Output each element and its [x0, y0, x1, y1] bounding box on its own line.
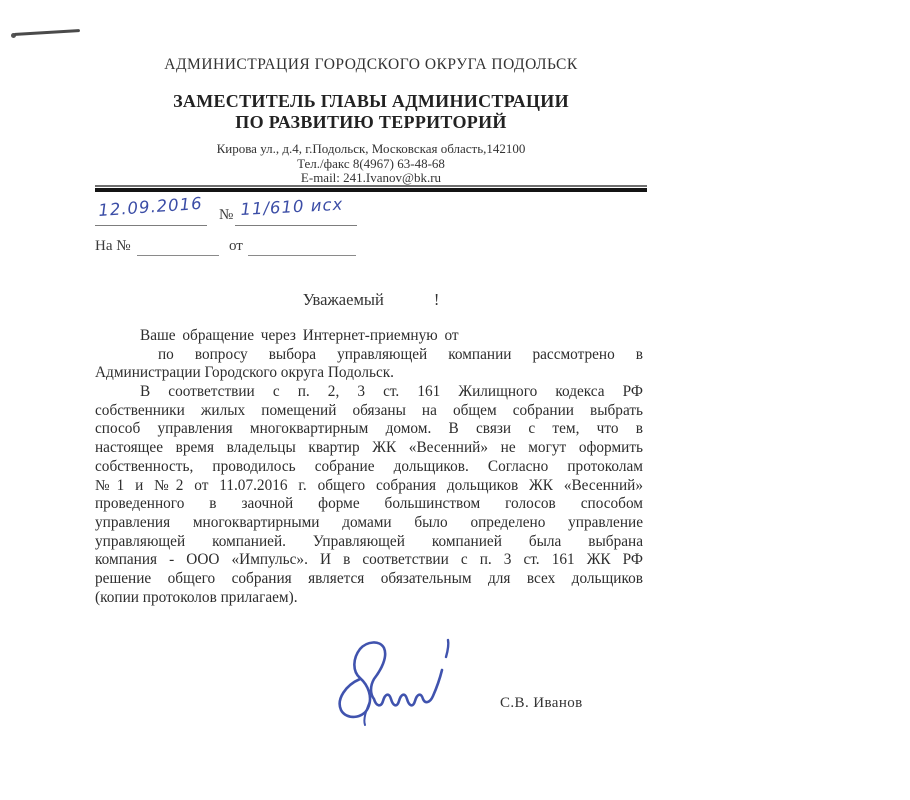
incoming-number-underline — [137, 255, 219, 256]
incoming-number-label: На № — [95, 238, 131, 255]
body-line: В соответствии с п. 2, 3 ст. 161 Жилищно… — [95, 383, 643, 402]
signatory-name: С.В. Иванов — [500, 695, 583, 712]
body-line: компания - ООО «Импульс». И в соответств… — [95, 551, 643, 570]
body-line: проведенного в заочной форме большинство… — [95, 495, 643, 514]
handwritten-number: 11/610 исх — [240, 195, 344, 219]
from-date-underline — [248, 255, 356, 256]
divider-thick-line — [95, 188, 647, 192]
body-line: по вопросу выбора управляющей компании р… — [95, 346, 643, 365]
handwritten-date: 12.09.2016 — [98, 194, 204, 220]
body-line: решение общего собрания является обязате… — [95, 570, 643, 589]
body-line: собственность, проводилось собрание доль… — [95, 458, 643, 477]
body-line: способ управления многоквартирным домом.… — [95, 420, 643, 439]
letterhead: АДМИНИСТРАЦИЯ ГОРОДСКОГО ОКРУГА ПОДОЛЬСК… — [95, 56, 647, 186]
letter-body: Ваше обращение через Интернет-приемную о… — [95, 327, 643, 607]
email: E-mail: 241.Ivanov@bk.ru — [95, 171, 647, 186]
from-label: от — [229, 238, 243, 255]
contact-block: Кирова ул., д.4, г.Подольск, Московская … — [95, 142, 647, 186]
letterhead-divider — [95, 185, 647, 192]
body-line: настоящее время владельцы квартир ЖК «Ве… — [95, 439, 643, 458]
body-line: (копии протоколов прилагаем). — [95, 589, 643, 608]
salutation-exclamation: ! — [434, 290, 440, 309]
body-line: собственники жилых помещений обязаны на … — [95, 402, 643, 421]
department-title-line1: ЗАМЕСТИТЕЛЬ ГЛАВЫ АДМИНИСТРАЦИИ — [95, 91, 647, 112]
body-line: №1 и №2 от 11.07.2016 г. общего собрания… — [95, 477, 643, 496]
scanned-letter-page: АДМИНИСТРАЦИЯ ГОРОДСКОГО ОКРУГА ПОДОЛЬСК… — [0, 0, 910, 800]
handwritten-signature-scribble — [330, 633, 470, 728]
phone-fax: Тел./факс 8(4967) 63-48-68 — [95, 157, 647, 172]
date-underline — [95, 225, 207, 226]
salutation-greeting: Уважаемый — [303, 290, 384, 309]
organization-name: АДМИНИСТРАЦИЯ ГОРОДСКОГО ОКРУГА ПОДОЛЬСК — [95, 56, 647, 74]
body-line: управления многоквартирными домами было … — [95, 514, 643, 533]
scan-artifact-line — [14, 29, 80, 36]
number-sign-label: № — [219, 207, 233, 224]
body-line: Администрации Городского округа Подольск… — [95, 364, 643, 383]
postal-address: Кирова ул., д.4, г.Подольск, Московская … — [95, 142, 647, 157]
body-line: Ваше обращение через Интернет-приемную о… — [95, 327, 643, 346]
body-line: управляющей компанией. Управляющей компа… — [95, 533, 643, 552]
salutation-line: Уважаемый! — [95, 290, 647, 310]
department-title-line2: ПО РАЗВИТИЮ ТЕРРИТОРИЙ — [95, 112, 647, 133]
number-underline — [235, 225, 357, 226]
